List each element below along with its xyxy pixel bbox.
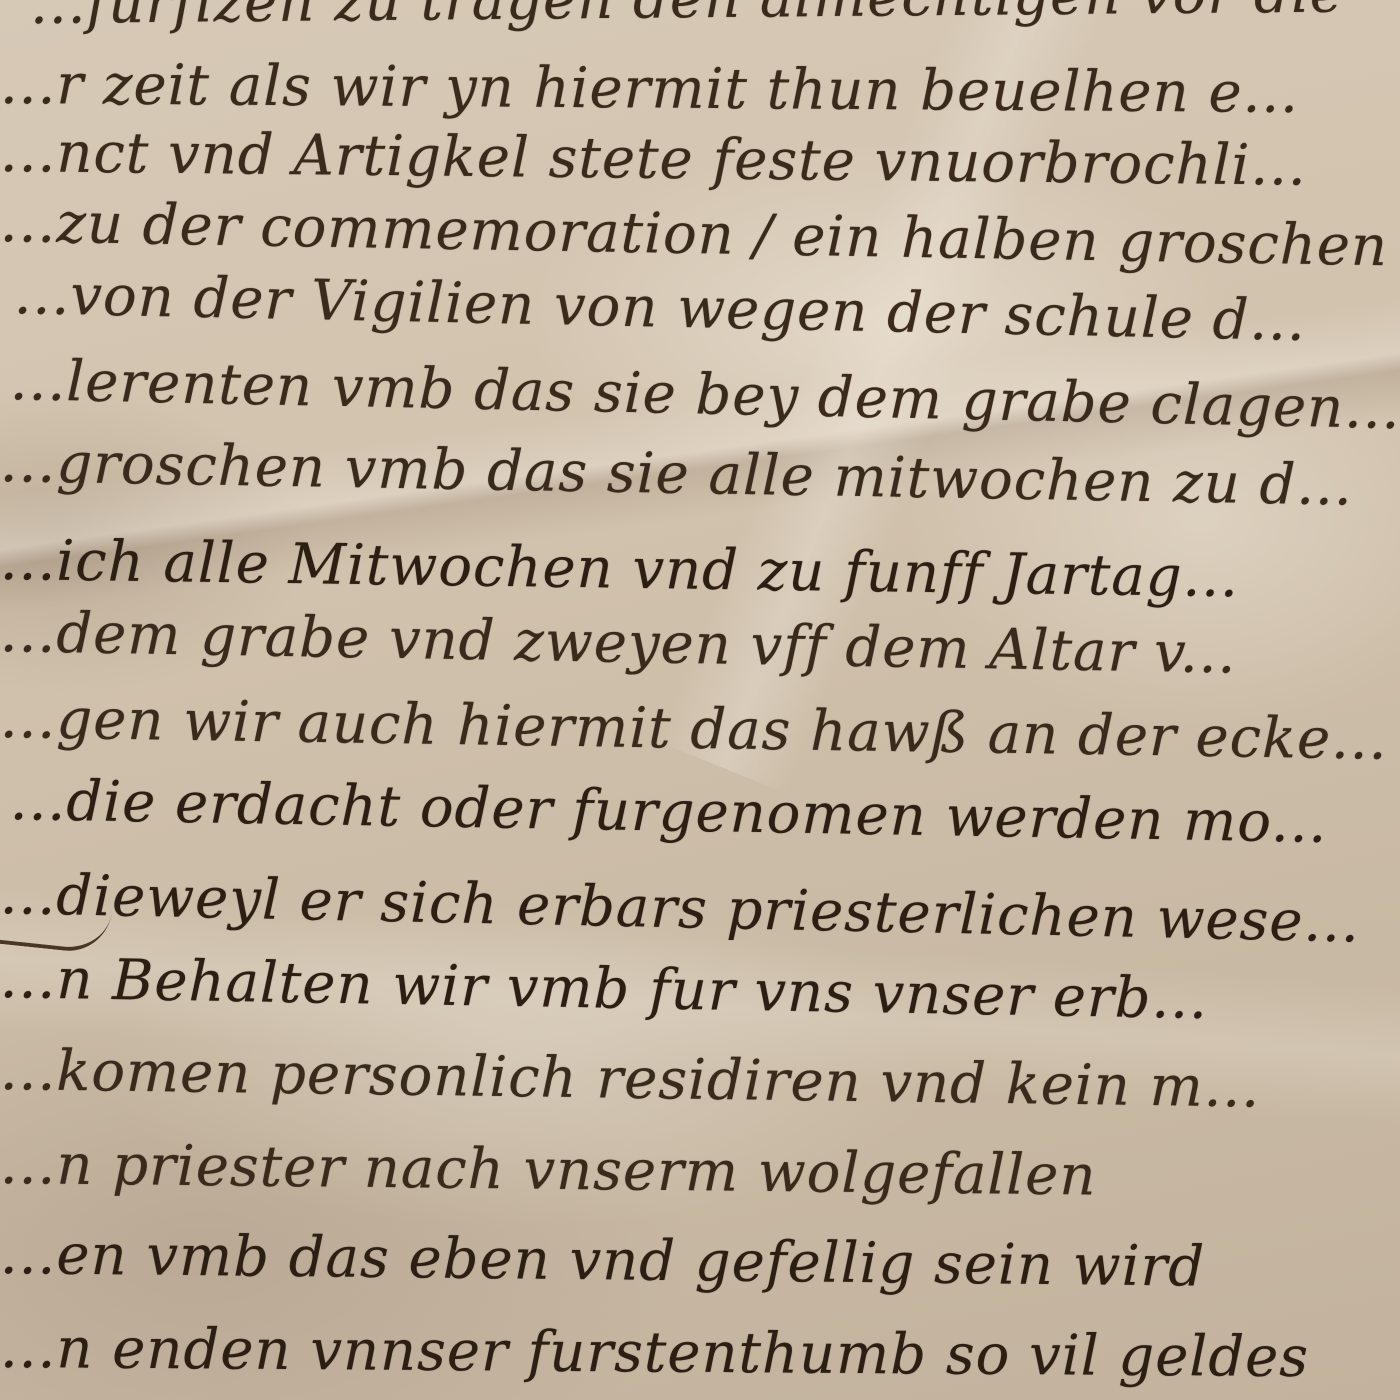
manuscript-line: ...r zeit als wir yn hiermit thun beuelh… (0, 52, 1299, 126)
manuscript-line: ...n enden vnnser furstenthumb so vil ge… (0, 1316, 1309, 1390)
manuscript-line: ...n Behalten wir vmb fur vns vnser erb.… (0, 946, 1209, 1032)
manuscript-line: ...von der Vigilien von wegen der schule… (13, 262, 1306, 354)
manuscript-line: ...gen wir auch hiermit das hawß an der … (0, 686, 1388, 773)
manuscript-line: ...en vmb das eben vnd gefellig sein wir… (0, 1222, 1206, 1300)
manuscript-text: ...furfizen zu tragen den almechtigen vo… (0, 0, 1400, 1400)
manuscript-line: ...groschen vmb das sie alle mitwochen z… (0, 430, 1353, 519)
manuscript-line: ...furfizen zu tragen den almechtigen vo… (30, 0, 1344, 37)
manuscript-line: ...nct vnd Artigkel stete feste vnuorbro… (0, 120, 1307, 199)
manuscript-line: ...lerenten vmb das sie bey dem grabe cl… (9, 348, 1400, 442)
manuscript-line: ...dem grabe vnd zweyen vff dem Altar v.… (0, 600, 1237, 687)
manuscript-line: ...dieweyl er sich erbars priesterlichen… (0, 862, 1361, 955)
manuscript-page: ...furfizen zu tragen den almechtigen vo… (0, 0, 1400, 1400)
manuscript-line: ...die erdacht oder furgenomen werden mo… (9, 768, 1328, 856)
manuscript-line: ...komen personlich residiren vnd kein m… (0, 1038, 1261, 1121)
manuscript-line: ...ich alle Mitwochen vnd zu funff Jarta… (0, 528, 1239, 610)
manuscript-line: ...n priester nach vnserm wolgefallen (0, 1132, 1097, 1208)
